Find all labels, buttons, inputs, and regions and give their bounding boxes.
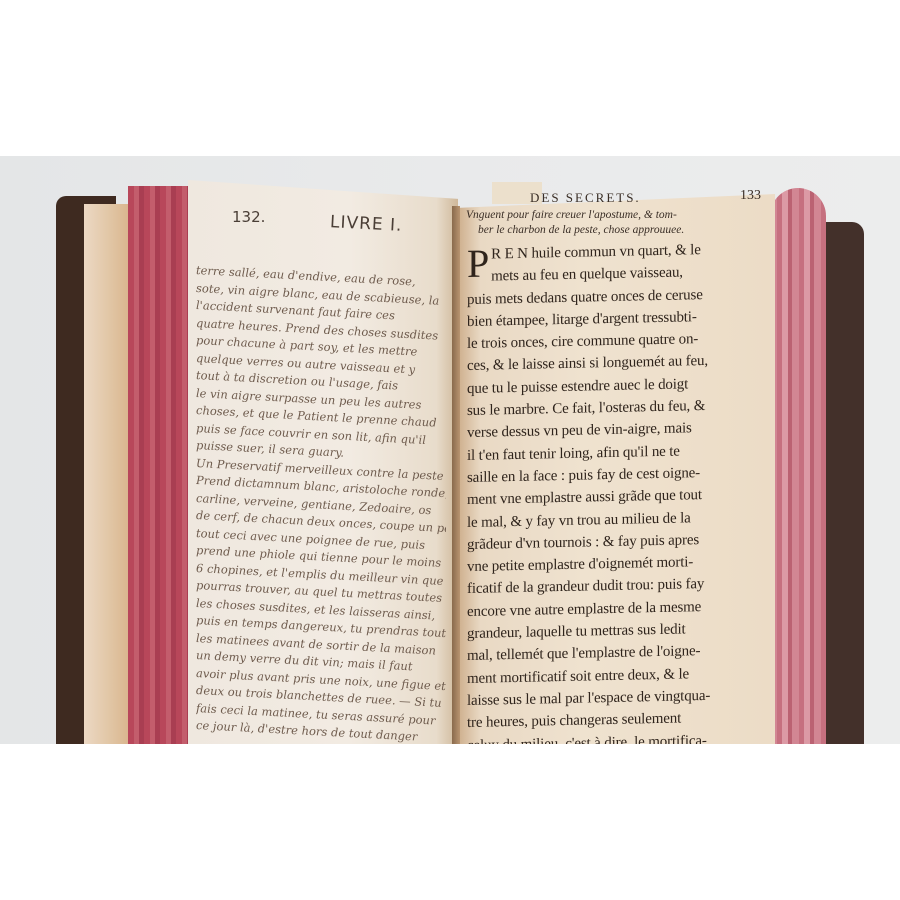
bottom-margin: [0, 744, 900, 900]
left-running-head: LIVRE I.: [330, 212, 403, 236]
drop-cap: P: [467, 246, 489, 282]
rubric-line: ber le charbon de la peste, chose approu…: [466, 223, 684, 238]
handwritten-text: terre sallé, eau d'endive, eau de rose, …: [196, 262, 446, 748]
right-page-number: 133: [740, 188, 761, 204]
right-running-head: DES SECRETS.: [530, 190, 641, 206]
top-margin: [0, 0, 900, 156]
left-page-number: 132.: [232, 208, 265, 226]
red-page-edges-right: [770, 188, 826, 744]
red-page-edges-left: [128, 186, 190, 744]
book-gutter: [452, 206, 460, 744]
rubric-line: Vnguent pour faire creuer l'apostume, & …: [466, 208, 684, 223]
recipe-title: Vnguent pour faire creuer l'apostume, & …: [466, 208, 684, 238]
